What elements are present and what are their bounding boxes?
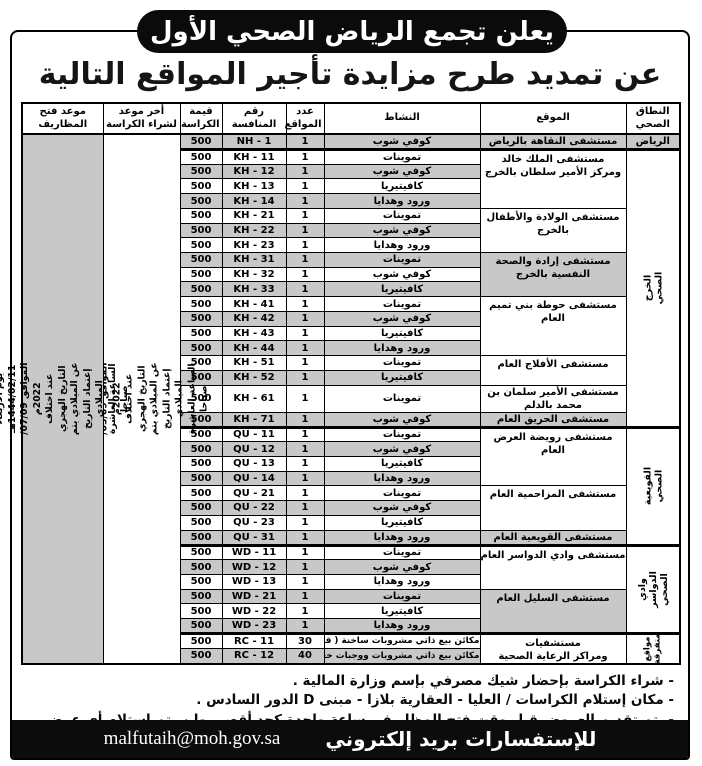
brochure-value-cell: 500	[180, 150, 222, 165]
competition-number-cell: KH - 42	[222, 311, 286, 326]
sites-count-cell: 1	[286, 385, 324, 412]
activity-cell: ورود وهدايا	[324, 574, 480, 589]
location-cell: مستشفى إرادة والصحة النفسية بالخرج	[480, 253, 626, 297]
activity-cell: تموينات	[324, 589, 480, 604]
activity-cell: كوفي شوب	[324, 311, 480, 326]
sites-count-cell: 1	[286, 501, 324, 516]
sites-count-cell: 1	[286, 515, 324, 530]
note-line: - مكان إستلام الكراسات / العليا - العقار…	[26, 691, 674, 711]
page-title: عن تمديد طرح مزايدة تأجير المواقع التالي…	[12, 58, 688, 92]
competition-number-cell: KH - 31	[222, 253, 286, 268]
brochure-value-cell: 500	[180, 515, 222, 530]
competition-number-cell: KH - 51	[222, 356, 286, 371]
competition-number-cell: RC - 11	[222, 633, 286, 648]
activity-cell: ورود وهدايا	[324, 471, 480, 486]
location-cell: مستشفى رويضة العرض العام	[480, 427, 626, 486]
brochure-value-cell: 500	[180, 471, 222, 486]
brochure-value-cell: 500	[180, 442, 222, 457]
activity-cell: كوفي شوب	[324, 560, 480, 575]
location-cell: مستشفى المزاحمية العام	[480, 486, 626, 530]
brochure-value-cell: 500	[180, 311, 222, 326]
activity-cell: كافيتيريا	[324, 370, 480, 385]
activity-cell: كوفي شوب	[324, 223, 480, 238]
sites-count-cell: 1	[286, 267, 324, 282]
table-body: الرياضمستشفى النقاهة بالرياضكوفي شوب1NH …	[22, 134, 680, 664]
note-line: - شراء الكراسة بإحضار شيك مصرفي بإسم وزا…	[26, 672, 674, 692]
competition-number-cell: KH - 13	[222, 179, 286, 194]
brochure-value-cell: 500	[180, 604, 222, 619]
col-header: النطاق الصحي	[626, 103, 680, 134]
col-header: موعد فتح المظاريف	[22, 103, 103, 134]
activity-cell: ورود وهدايا	[324, 530, 480, 545]
competition-number-cell: KH - 33	[222, 282, 286, 297]
activity-cell: كوفي شوب	[324, 164, 480, 179]
sites-count-cell: 1	[286, 341, 324, 356]
location-cell: مستشفى الحريق العام	[480, 412, 626, 427]
sites-count-cell: 1	[286, 530, 324, 545]
competition-number-cell: KH - 11	[222, 150, 286, 165]
vertical-text: يوم الأربعاء 1444/02/11هـ الموافق 07/09/…	[0, 359, 132, 439]
activity-cell: كافيتيريا	[324, 604, 480, 619]
location-cell: مستشفى القويعية العام	[480, 530, 626, 545]
activity-cell: كوفي شوب	[324, 267, 480, 282]
vertical-text-box: القويعية الصحي	[627, 429, 680, 544]
activity-cell: تموينات	[324, 427, 480, 442]
competition-number-cell: KH - 43	[222, 326, 286, 341]
header-row: النطاق الصحيالموقعالنشاطعدد المواقعرقم ا…	[22, 103, 680, 134]
table-row: الرياضمستشفى النقاهة بالرياضكوفي شوب1NH …	[22, 134, 680, 150]
vertical-text-box: مواقع متفرقة	[627, 635, 680, 663]
competition-number-cell: QU - 11	[222, 427, 286, 442]
competition-number-cell: KH - 12	[222, 164, 286, 179]
brochure-value-cell: 500	[180, 560, 222, 575]
brochure-value-cell: 500	[180, 530, 222, 545]
col-header: قيمة الكراسة	[180, 103, 222, 134]
competition-number-cell: KH - 32	[222, 267, 286, 282]
competition-number-cell: KH - 61	[222, 385, 286, 412]
competition-number-cell: QU - 13	[222, 456, 286, 471]
announcement-badge: يعلن تجمع الرياض الصحي الأول	[137, 10, 567, 53]
table-wrapper: النطاق الصحيالموقعالنشاطعدد المواقعرقم ا…	[21, 102, 679, 665]
sites-count-cell: 1	[286, 370, 324, 385]
brochure-value-cell: 500	[180, 456, 222, 471]
sites-count-cell: 1	[286, 164, 324, 179]
sites-count-cell: 1	[286, 238, 324, 253]
brochure-value-cell: 500	[180, 179, 222, 194]
location-cell: مستشفى وادي الدواسر العام	[480, 545, 626, 589]
sites-count-cell: 1	[286, 412, 324, 427]
competition-number-cell: WD - 22	[222, 604, 286, 619]
footer-inquiries-label: للإستفسارات بريد إلكتروني	[325, 727, 596, 751]
activity-cell: تموينات	[324, 208, 480, 223]
competition-number-cell: WD - 11	[222, 545, 286, 560]
activity-cell: مكائن بيع ذاتي مشروبات ساخنة ( قهوة )	[324, 633, 480, 648]
sites-count-cell: 1	[286, 208, 324, 223]
brochure-value-cell: 500	[180, 574, 222, 589]
sites-count-cell: 1	[286, 150, 324, 165]
vertical-text-box: وادي الدواسر الصحي	[627, 547, 680, 632]
vertical-text: مواقع متفرقة	[643, 633, 663, 664]
activity-cell: كافيتيريا	[324, 326, 480, 341]
competition-number-cell: QU - 22	[222, 501, 286, 516]
location-cell: مستشفى الأمير سلمان بن محمد بالدلم	[480, 385, 626, 412]
location-cell: مستشفى حوطة بني تميم العام	[480, 297, 626, 356]
activity-cell: تموينات	[324, 545, 480, 560]
sites-count-cell: 40	[286, 649, 324, 664]
col-header: أخر موعد لشراء الكراسة	[103, 103, 180, 134]
location-cell: مستشفى الملك خالد ومركز الأمير سلطان بال…	[480, 150, 626, 209]
announcement-badge-text: يعلن تجمع الرياض الصحي الأول	[150, 17, 554, 47]
location-cell: مستشفى الأفلاج العام	[480, 356, 626, 385]
brochure-value-cell: 500	[180, 253, 222, 268]
activity-cell: كوفي شوب	[324, 134, 480, 150]
activity-cell: تموينات	[324, 253, 480, 268]
competition-number-cell: WD - 12	[222, 560, 286, 575]
vertical-text-box: الخرج الصحي	[627, 151, 680, 426]
vertical-text: وادي الدواسر الصحي	[636, 563, 669, 616]
brochure-value-cell: 500	[180, 134, 222, 150]
footer-email: malfutaih@moh.gov.sa	[104, 728, 281, 750]
sites-count-cell: 30	[286, 633, 324, 648]
competition-number-cell: WD - 23	[222, 619, 286, 634]
competition-number-cell: QU - 23	[222, 515, 286, 530]
activity-cell: ورود وهدايا	[324, 341, 480, 356]
activity-cell: تموينات	[324, 297, 480, 312]
zone-cell: الخرج الصحي	[626, 150, 680, 428]
col-header: عدد المواقع	[286, 103, 324, 134]
sites-count-cell: 1	[286, 179, 324, 194]
competition-number-cell: WD - 13	[222, 574, 286, 589]
brochure-value-cell: 500	[180, 341, 222, 356]
sites-count-cell: 1	[286, 456, 324, 471]
competition-number-cell: KH - 23	[222, 238, 286, 253]
brochure-value-cell: 500	[180, 633, 222, 648]
sites-count-cell: 1	[286, 604, 324, 619]
activity-cell: كافيتيريا	[324, 515, 480, 530]
sites-count-cell: 1	[286, 223, 324, 238]
activity-cell: كوفي شوب	[324, 442, 480, 457]
brochure-value-cell: 500	[180, 326, 222, 341]
col-header: النشاط	[324, 103, 480, 134]
sites-count-cell: 1	[286, 471, 324, 486]
competition-number-cell: QU - 31	[222, 530, 286, 545]
activity-cell: تموينات	[324, 385, 480, 412]
vertical-text: الخرج الصحي	[642, 262, 664, 315]
brochure-value-cell: 500	[180, 501, 222, 516]
sites-count-cell: 1	[286, 619, 324, 634]
competition-number-cell: QU - 21	[222, 486, 286, 501]
brochure-value-cell: 500	[180, 194, 222, 209]
brochure-value-cell: 500	[180, 164, 222, 179]
sites-count-cell: 1	[286, 545, 324, 560]
footer-bar: للإستفسارات بريد إلكتروني malfutaih@moh.…	[12, 720, 688, 758]
zone-cell: الرياض	[626, 134, 680, 150]
competition-number-cell: QU - 12	[222, 442, 286, 457]
zone-cell: القويعية الصحي	[626, 427, 680, 545]
activity-cell: تموينات	[324, 486, 480, 501]
brochure-value-cell: 500	[180, 589, 222, 604]
activity-cell: تموينات	[324, 150, 480, 165]
activity-cell: كافيتيريا	[324, 282, 480, 297]
competition-number-cell: KH - 14	[222, 194, 286, 209]
sites-count-cell: 1	[286, 311, 324, 326]
location-cell: مستشفى النقاهة بالرياض	[480, 134, 626, 150]
competition-number-cell: KH - 41	[222, 297, 286, 312]
competition-number-cell: WD - 21	[222, 589, 286, 604]
sites-count-cell: 1	[286, 253, 324, 268]
sites-count-cell: 1	[286, 442, 324, 457]
sites-count-cell: 1	[286, 282, 324, 297]
brochure-value-cell: 500	[180, 238, 222, 253]
activity-cell: تموينات	[324, 356, 480, 371]
zone-cell: مواقع متفرقة	[626, 633, 680, 664]
sites-count-cell: 1	[286, 427, 324, 442]
sites-count-cell: 1	[286, 297, 324, 312]
activity-cell: ورود وهدايا	[324, 194, 480, 209]
col-header: رقم المنافسة	[222, 103, 286, 134]
sites-count-cell: 1	[286, 134, 324, 150]
competition-number-cell: KH - 71	[222, 412, 286, 427]
competition-number-cell: KH - 52	[222, 370, 286, 385]
sites-count-cell: 1	[286, 589, 324, 604]
zone-cell: وادي الدواسر الصحي	[626, 545, 680, 633]
activity-cell: مكائن بيع ذاتي مشروبات ووجبات خفيفة	[324, 649, 480, 664]
brochure-value-cell: 500	[180, 267, 222, 282]
vertical-text-box: يوم الأربعاء 1444/02/11هـ الموافق 07/09/…	[23, 135, 103, 663]
location-cell: مستشفى السليل العام	[480, 589, 626, 633]
competition-number-cell: QU - 14	[222, 471, 286, 486]
activity-cell: كافيتيريا	[324, 456, 480, 471]
competition-number-cell: RC - 12	[222, 649, 286, 664]
competition-number-cell: KH - 21	[222, 208, 286, 223]
activity-cell: كوفي شوب	[324, 412, 480, 427]
sites-count-cell: 1	[286, 574, 324, 589]
location-cell: مستشفيات ومراكز الرعاية الصحية	[480, 633, 626, 664]
vertical-text: القويعية الصحي	[642, 460, 664, 513]
brochure-value-cell: 500	[180, 649, 222, 664]
competition-number-cell: NH - 1	[222, 134, 286, 150]
location-cell: مستشفى الولادة والأطفال بالخرج	[480, 208, 626, 252]
col-header: الموقع	[480, 103, 626, 134]
competition-number-cell: KH - 22	[222, 223, 286, 238]
sites-count-cell: 1	[286, 356, 324, 371]
brochure-value-cell: 500	[180, 282, 222, 297]
brochure-value-cell: 500	[180, 486, 222, 501]
activity-cell: ورود وهدايا	[324, 619, 480, 634]
brochure-value-cell: 500	[180, 297, 222, 312]
brochure-value-cell: 500	[180, 208, 222, 223]
sites-count-cell: 1	[286, 486, 324, 501]
sites-count-cell: 1	[286, 194, 324, 209]
brochure-value-cell: 500	[180, 223, 222, 238]
sites-count-cell: 1	[286, 560, 324, 575]
activity-cell: ورود وهدايا	[324, 238, 480, 253]
ad-container: عن تمديد طرح مزايدة تأجير المواقع التالي…	[10, 30, 690, 760]
competition-number-cell: KH - 44	[222, 341, 286, 356]
brochure-value-cell: 500	[180, 619, 222, 634]
activity-cell: كافيتيريا	[324, 179, 480, 194]
brochure-value-cell: 500	[180, 545, 222, 560]
tender-table: النطاق الصحيالموقعالنشاطعدد المواقعرقم ا…	[21, 102, 681, 665]
sites-count-cell: 1	[286, 326, 324, 341]
envelope-opening-date-cell: يوم الأربعاء 1444/02/11هـ الموافق 07/09/…	[22, 134, 103, 664]
activity-cell: كوفي شوب	[324, 501, 480, 516]
